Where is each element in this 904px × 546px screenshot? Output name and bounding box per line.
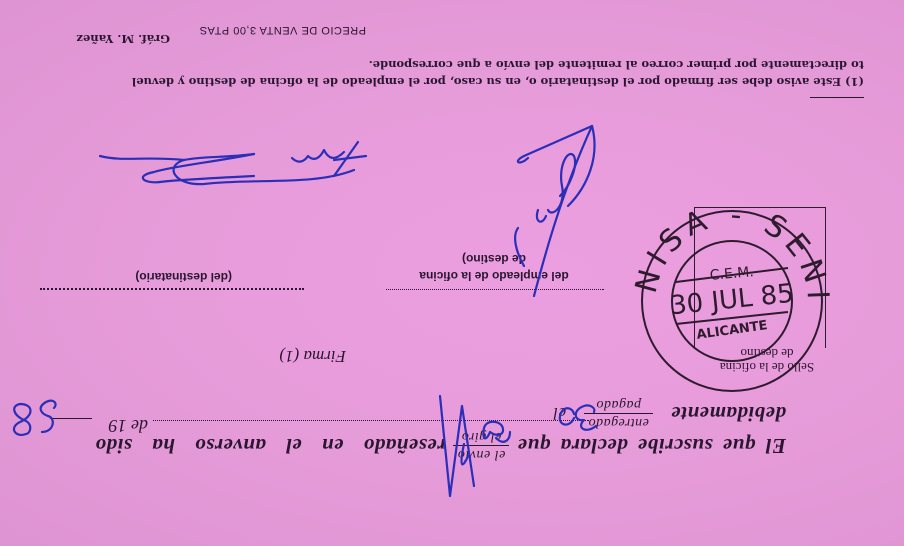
printer-credit: Gráf. M. Yañez xyxy=(76,32,170,46)
handwritten-month xyxy=(404,386,524,516)
svg-text:ALICANTE: ALICANTE xyxy=(696,318,769,343)
handwritten-day-30 xyxy=(554,396,604,436)
empleado-signature xyxy=(498,116,608,306)
destinatario-label: (del destinatario) xyxy=(135,270,232,284)
sale-price: PRECIO DE VENTA 3,00 PTAS xyxy=(199,24,366,36)
footnote-line-2: to directamente por primer correo al rem… xyxy=(132,56,864,73)
declaration-suffix: reseñado en el anverso ha sido xyxy=(95,433,445,458)
debidamente-label: debidamente xyxy=(671,401,786,426)
footnote-separator xyxy=(810,97,864,98)
footnote-line-1: (1) Este aviso debe ser firmado por el d… xyxy=(132,73,864,90)
svg-text:C.E.M.: C.E.M. xyxy=(709,264,754,284)
svg-text:30 JUL 85: 30 JUL 85 xyxy=(669,279,795,322)
postmark: C.E.M. 30 JUL 85 ALICANTE BENISA - SENIJ… xyxy=(632,196,832,396)
handwritten-year-85 xyxy=(4,394,64,442)
footnote: (1) Este aviso debe ser firmado por el d… xyxy=(132,56,864,90)
year-label: de 19 xyxy=(109,415,149,436)
destinatario-signature xyxy=(84,126,374,206)
postal-receipt-card: El que suscribe declara que el envío el … xyxy=(0,0,904,546)
declaration-prefix: El que suscribe declara que xyxy=(517,433,786,458)
firma-label: Firma (1) xyxy=(279,346,346,366)
destinatario-signature-line xyxy=(40,288,304,290)
